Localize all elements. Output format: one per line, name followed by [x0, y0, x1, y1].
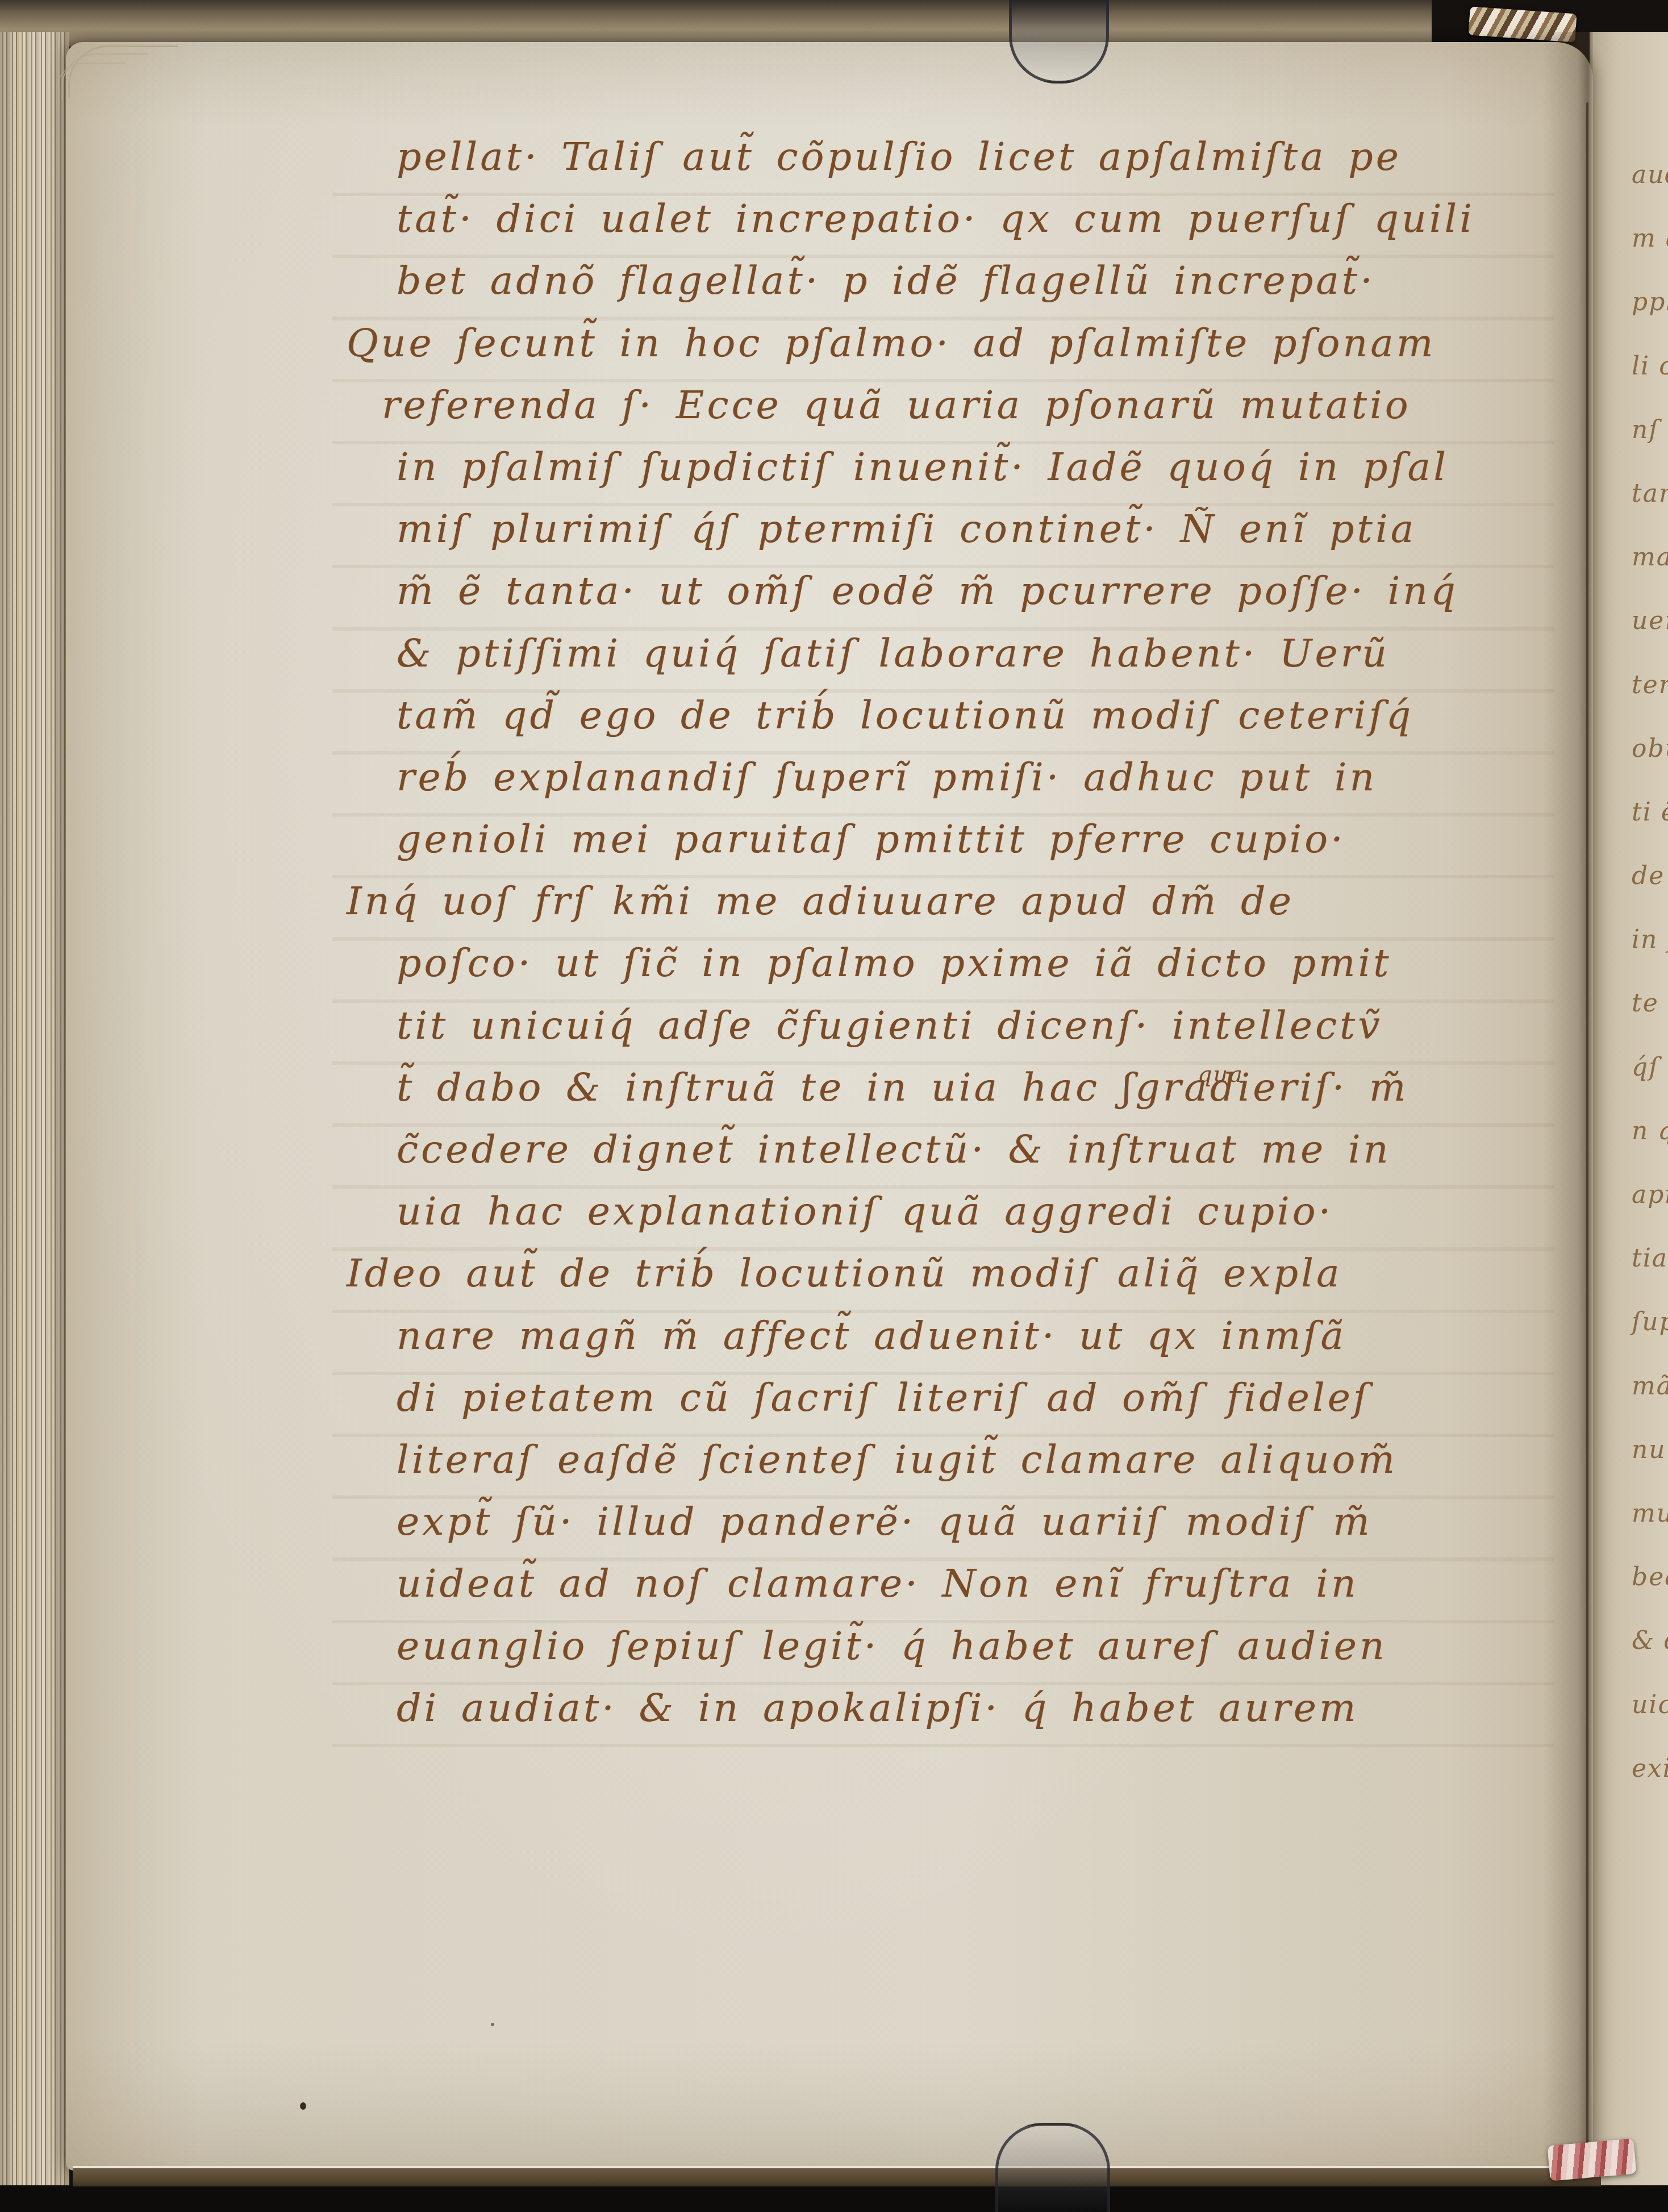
- facing-line-fragment: tiaa dñi: [1632, 1227, 1668, 1290]
- text-line: c̃cedere dignet̃ intellectũ· & inſtruat …: [347, 1119, 1574, 1181]
- text-line: poſco· ut ſic̃ in pſalmo pxime iã dicto …: [347, 932, 1574, 994]
- facing-line-fragment: tamop: [1632, 462, 1668, 526]
- text-line: literaſ eaſdẽ ſcienteſ iugit̃ clamare al…: [347, 1429, 1574, 1491]
- page-corner-curl: [56, 63, 125, 103]
- text-line: Inq́ uoſ frſ km̃i me adiuuare apud dm̃ d…: [347, 870, 1574, 932]
- text-line: pellat· Taliſ aut̃ cõpulſio licet apſalm…: [347, 126, 1574, 188]
- facing-line-fragment: ti ẽ que: [1632, 781, 1668, 844]
- facing-line-fragment: mã & fau: [1632, 1355, 1668, 1418]
- text-line: expt̃ ſũ· illud panderẽ· quã uariiſ modi…: [347, 1491, 1574, 1553]
- facing-line-fragment: li onſ: [1632, 335, 1668, 398]
- facing-line-fragment: exinde ed: [1632, 1737, 1668, 1801]
- tailband: [1548, 2138, 1637, 2181]
- facing-line-fragment: pple: [1632, 270, 1668, 334]
- text-line: in pſalmiſ ſupdictiſ inuenit̃· Iadẽ quoq…: [347, 436, 1574, 498]
- text-line: reb́ explanandiſ ſuperĩ pmiſi· adhuc put…: [347, 747, 1574, 809]
- facing-line-fragment: q́ſ inc: [1632, 1036, 1668, 1099]
- facing-line-fragment: n quid: [1632, 1099, 1668, 1163]
- text-line: & ptiſſimi quiq́ ſatiſ laborare habent· …: [347, 623, 1574, 685]
- text-line: tat̃· dici ualet increpatio· qx cum puer…: [347, 188, 1574, 250]
- facing-line-fragment: muſ ẽ· qu: [1632, 1482, 1668, 1546]
- text-line: referenda ſ· Ecce quã uaria pſonarũ muta…: [347, 374, 1574, 436]
- facing-line-fragment: in ſacriſ: [1632, 908, 1668, 972]
- facing-line-fragment: & dulcia: [1632, 1609, 1668, 1673]
- gutter-crease: [1586, 102, 1588, 2171]
- facing-line-fragment: audi: [1632, 143, 1668, 207]
- text-line: tam̃ qd̃ ego de trib́ locutionũ modiſ ce…: [347, 685, 1574, 747]
- text-line: euanglio ſepiuſ legit̃· q́ habet aureſ a…: [347, 1615, 1574, 1677]
- facing-line-fragment: magnu: [1632, 526, 1668, 589]
- ink-speck: [491, 2023, 494, 2026]
- text-line: uia hac explanationiſ quã aggredi cupio·: [347, 1181, 1574, 1243]
- gutter-shadow: [1543, 32, 1593, 2185]
- facing-line-fragment: uerbi t: [1632, 589, 1668, 653]
- facing-line-fragment: beat· inſi: [1632, 1546, 1668, 1609]
- text-line: bet adnõ flagellat̃· p idẽ flagellũ incr…: [347, 250, 1574, 312]
- book-top-edge: [0, 0, 1432, 47]
- text-line: nare magñ m̃ affect̃ aduenit· ut qx inmſ…: [347, 1305, 1574, 1367]
- text-line: uideat̃ ad noſ clamare· Non enĩ fruſtra …: [347, 1553, 1574, 1615]
- facing-line-fragment: obuneau: [1632, 717, 1668, 781]
- manuscript-photo: { "manuscript": { "ink_color": "#7a4b26"…: [0, 0, 1668, 2212]
- interlinear-gloss: qua: [1198, 1061, 1244, 1088]
- text-line: tit unicuiq́ adſe c̃fugienti dicenſ· int…: [347, 995, 1574, 1057]
- text-line: miſ plurimiſ q́ſ ptermiſi continet̃· Ñ e…: [347, 498, 1574, 560]
- page-stack-fore-edge: [0, 32, 69, 2185]
- facing-line-fragment: nuncian: [1632, 1418, 1668, 1482]
- background-shadow: [0, 2186, 1668, 2212]
- text-block: pellat· Taliſ aut̃ cõpulſio licet apſalm…: [347, 126, 1574, 1739]
- facing-line-fragment: m ad: [1632, 207, 1668, 270]
- text-line: t̃ dabo & inſtruã te in uia hac ʃgradier…: [347, 1057, 1574, 1119]
- text-line: di audiat· & in apokalipſi· q́ habet aur…: [347, 1677, 1574, 1739]
- text-line: Que ſecunt̃ in hoc pſalmo· ad pſalmiſte …: [347, 313, 1574, 374]
- text-line: m̃ ẽ tanta· ut om̃ſ eodẽ m̃ pcurrere poſ…: [347, 560, 1574, 622]
- facing-line-fragment: apio· qu: [1632, 1163, 1668, 1227]
- page-clamp-bottom: [995, 2123, 1110, 2212]
- facing-page-text: audi m ad pple li onſ nſ leg tamop magnu…: [1632, 143, 1668, 1801]
- facing-line-fragment: ſup aurũ: [1632, 1290, 1668, 1354]
- facing-line-fragment: tendent: [1632, 653, 1668, 717]
- facing-line-fragment: de dicere: [1632, 844, 1668, 908]
- text-line: genioli mei paruitaſ pmittit pferre cupi…: [347, 809, 1574, 870]
- facing-line-fragment: uici aud: [1632, 1673, 1668, 1737]
- text-line: di pietatem cũ ſacriſ literiſ ad om̃ſ fi…: [347, 1367, 1574, 1429]
- facing-line-fragment: te deſide: [1632, 972, 1668, 1035]
- text-line: Ideo aut̃ de trib́ locutionũ modiſ aliq̃…: [347, 1243, 1574, 1305]
- facing-line-fragment: nſ leg: [1632, 398, 1668, 462]
- ink-speck: [300, 2102, 306, 2110]
